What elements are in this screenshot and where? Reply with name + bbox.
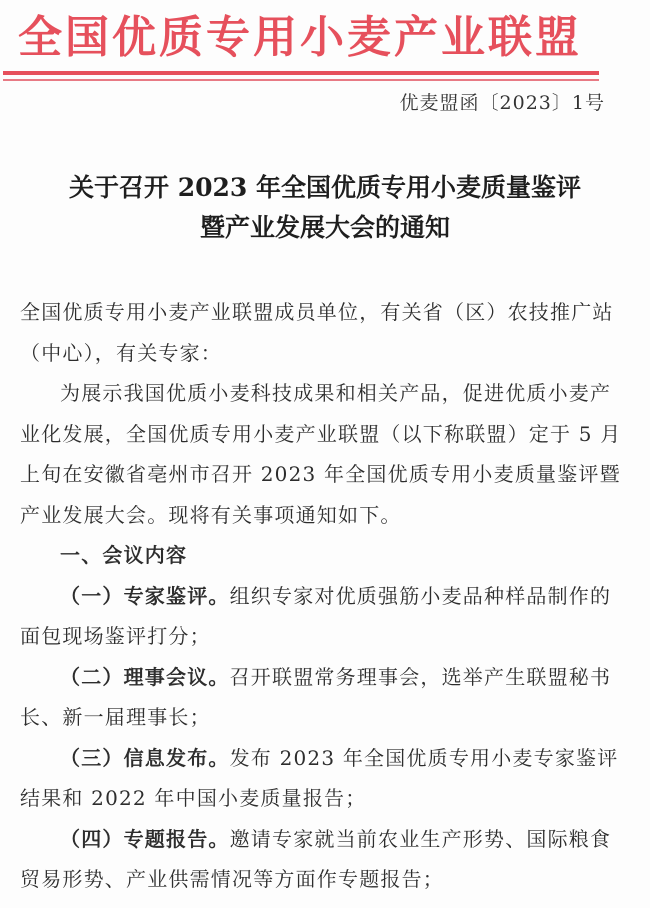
item-text: 组织专家对优质强筋小麦品种样品制作的 <box>230 584 612 608</box>
item-line-2: 面包现场鉴评打分； <box>20 616 620 657</box>
item-text: 召开联盟常务理事会，选举产生联盟秘书 <box>230 665 612 689</box>
intro-line-1: 为展示我国优质小麦科技成果和相关产品，促进优质小麦产 <box>20 373 620 414</box>
intro-line-3: 上旬在安徽省亳州市召开 2023 年全国优质专用小麦质量鉴评暨 <box>20 454 620 495</box>
document-title: 关于召开 2023 年全国优质专用小麦质量鉴评 暨产业发展大会的通知 <box>0 168 650 248</box>
item-label: （三）信息发布。 <box>60 746 230 770</box>
intro-line-4: 产业发展大会。现将有关事项通知如下。 <box>20 495 620 536</box>
salutation-line-2: （中心），有关专家： <box>20 333 620 374</box>
document-number: 优麦盟函〔2023〕1号 <box>400 88 605 115</box>
list-item-council-meeting: （二）理事会议。召开联盟常务理事会，选举产生联盟秘书 长、新一届理事长； <box>20 657 620 738</box>
letterhead-thin-rule <box>3 79 599 81</box>
title-line-1: 关于召开 2023 年全国优质专用小麦质量鉴评 <box>0 168 650 208</box>
item-line-2: 长、新一届理事长； <box>20 697 620 738</box>
title-line-2: 暨产业发展大会的通知 <box>0 208 650 248</box>
document-body: 全国优质专用小麦产业联盟成员单位，有关省（区）农技推广站 （中心），有关专家： … <box>20 292 620 900</box>
list-item-special-report: （四）专题报告。邀请专家就当前农业生产形势、国际粮食 贸易形势、产业供需情况等方… <box>20 819 620 900</box>
letterhead-org-name: 全国优质专用小麦产业联盟 <box>18 12 582 64</box>
letterhead-thick-rule <box>3 71 599 75</box>
salutation: 全国优质专用小麦产业联盟成员单位，有关省（区）农技推广站 （中心），有关专家： <box>20 292 620 373</box>
item-label: （二）理事会议。 <box>60 665 230 689</box>
intro-paragraph: 为展示我国优质小麦科技成果和相关产品，促进优质小麦产 业化发展，全国优质专用小麦… <box>20 373 620 535</box>
item-line-1: （四）专题报告。邀请专家就当前农业生产形势、国际粮食 <box>20 819 620 860</box>
salutation-line-1: 全国优质专用小麦产业联盟成员单位，有关省（区）农技推广站 <box>20 292 620 333</box>
item-line-1: （一）专家鉴评。组织专家对优质强筋小麦品种样品制作的 <box>20 576 620 617</box>
intro-line-2: 业化发展，全国优质专用小麦产业联盟（以下称联盟）定于 5 月 <box>20 414 620 455</box>
item-line-2: 结果和 2022 年中国小麦质量报告； <box>20 778 620 819</box>
item-text: 邀请专家就当前农业生产形势、国际粮食 <box>230 827 612 851</box>
item-line-1: （二）理事会议。召开联盟常务理事会，选举产生联盟秘书 <box>20 657 620 698</box>
list-item-info-release: （三）信息发布。发布 2023 年全国优质专用小麦专家鉴评 结果和 2022 年… <box>20 738 620 819</box>
item-line-2: 贸易形势、产业供需情况等方面作专题报告； <box>20 859 620 900</box>
item-line-1: （三）信息发布。发布 2023 年全国优质专用小麦专家鉴评 <box>20 738 620 779</box>
list-item-expert-review: （一）专家鉴评。组织专家对优质强筋小麦品种样品制作的 面包现场鉴评打分； <box>20 576 620 657</box>
item-label: （四）专题报告。 <box>60 827 230 851</box>
item-label: （一）专家鉴评。 <box>60 584 230 608</box>
section-heading-meeting-content: 一、会议内容 <box>20 535 620 576</box>
item-text: 发布 2023 年全国优质专用小麦专家鉴评 <box>230 746 619 770</box>
